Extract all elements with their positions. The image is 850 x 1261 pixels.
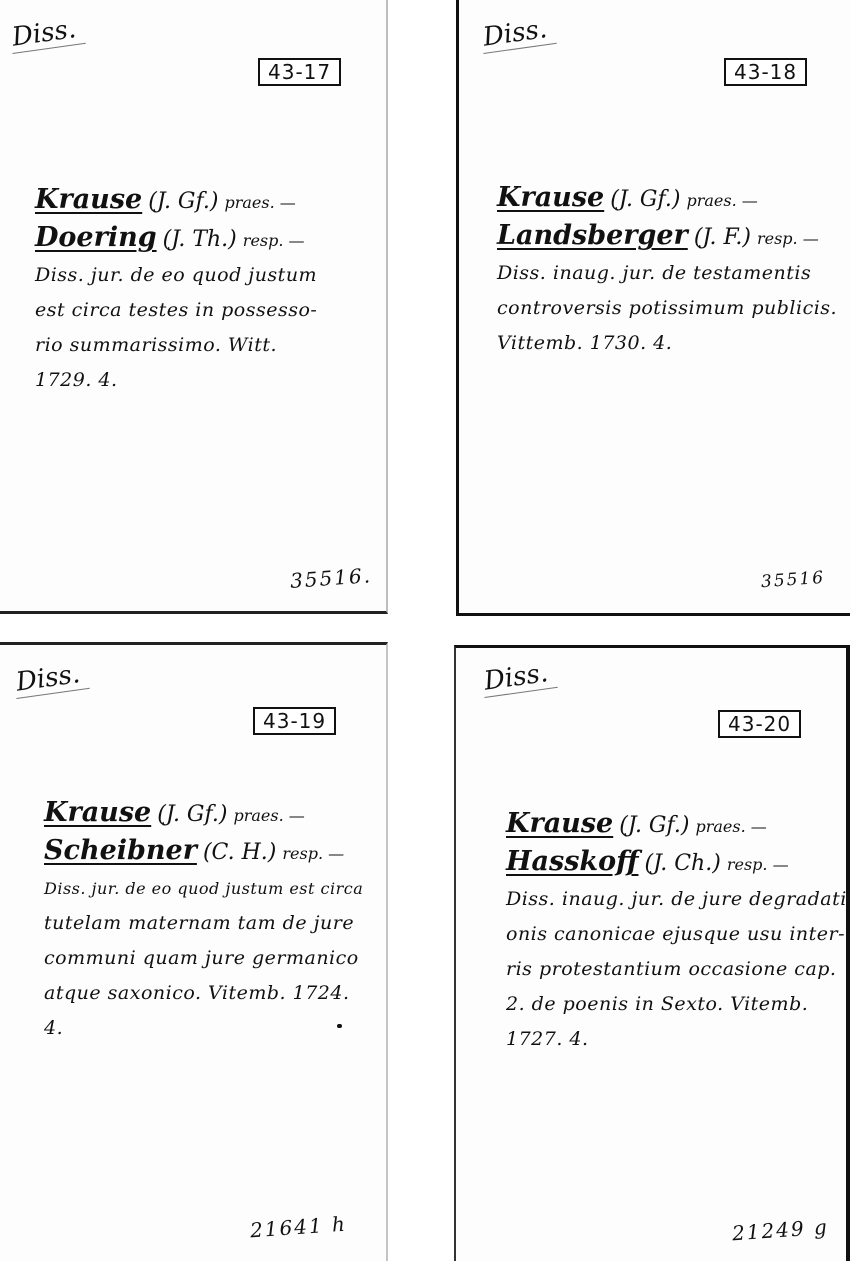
accession-number: 35516. <box>289 563 372 593</box>
description-line: Diss. inaug. jur. de jure degradati- <box>506 882 846 917</box>
praeses-role: praes. — <box>696 817 767 836</box>
respondent-line: Landsberger (J. F.) resp. — <box>497 218 837 256</box>
praeses-initials: (J. Gf.) <box>610 187 680 212</box>
catalog-entry: Krause (J. Gf.) praes. — Hasskoff (J. Ch… <box>506 806 846 1057</box>
praeses-name: Krause <box>506 808 613 839</box>
description-line: 1727. 4. <box>506 1022 846 1057</box>
catalog-card-3: Diss. 43-19 Krause (J. Gf.) praes. — Sch… <box>0 642 388 1261</box>
praeses-name: Krause <box>35 184 142 215</box>
catalog-card-4: Diss. 43-20 Krause (J. Gf.) praes. — Has… <box>454 645 850 1261</box>
description-line: onis canonicae ejusque usu inter- <box>506 917 846 952</box>
description-line: ris protestantium occasione cap. <box>506 952 846 987</box>
praeses-initials: (J. Gf.) <box>619 813 689 838</box>
diss-marker: Diss. <box>479 13 557 54</box>
praeses-name: Krause <box>44 797 151 828</box>
catalog-card-1: Diss. 43-17 Krause (J. Gf.) praes. — Doe… <box>0 0 388 614</box>
praeses-role: praes. — <box>687 191 758 210</box>
description-line: 1729. 4. <box>35 363 375 398</box>
respondent-line: Scheibner (C. H.) resp. — <box>44 833 384 871</box>
description-line: Diss. jur. de eo quod justum est circa <box>44 871 384 906</box>
respondent-name: Scheibner <box>44 835 197 866</box>
accession-number: 35516 <box>760 568 825 592</box>
description-line: 4. <box>44 1011 384 1046</box>
description-line: Vittemb. 1730. 4. <box>497 326 837 361</box>
praeses-line: Krause (J. Gf.) praes. — <box>506 806 846 844</box>
accession-number: 21249 g <box>731 1215 829 1246</box>
praeses-role: praes. — <box>225 193 296 212</box>
description-line: 2. de poenis in Sexto. Vitemb. <box>506 987 846 1022</box>
description-line: tutelam maternam tam de jure <box>44 906 384 941</box>
ink-spot <box>337 1024 342 1028</box>
diss-marker: Diss. <box>480 657 558 698</box>
description-line: communi quam jure germanico <box>44 941 384 976</box>
respondent-role: resp. — <box>727 855 789 874</box>
description-line: controversis potissimum publicis. <box>497 291 837 326</box>
description-line: atque saxonico. Vitemb. 1724. <box>44 976 384 1011</box>
diss-marker: Diss. <box>8 13 86 54</box>
praeses-initials: (J. Gf.) <box>157 802 227 827</box>
respondent-initials: (J. Ch.) <box>645 851 721 876</box>
respondent-role: resp. — <box>243 231 305 250</box>
respondent-role: resp. — <box>282 844 344 863</box>
praeses-line: Krause (J. Gf.) praes. — <box>44 795 384 833</box>
respondent-name: Doering <box>35 222 157 253</box>
shelfmark-label: 43-20 <box>718 710 801 738</box>
catalog-entry: Krause (J. Gf.) praes. — Doering (J. Th.… <box>35 182 375 398</box>
respondent-initials: (J. F.) <box>694 225 751 250</box>
shelfmark-label: 43-17 <box>258 58 341 86</box>
diss-marker: Diss. <box>12 658 90 699</box>
praeses-initials: (J. Gf.) <box>148 189 218 214</box>
shelfmark-label: 43-18 <box>724 58 807 86</box>
catalog-entry: Krause (J. Gf.) praes. — Scheibner (C. H… <box>44 795 384 1046</box>
respondent-name: Landsberger <box>497 220 688 251</box>
shelfmark-label: 43-19 <box>253 707 336 735</box>
respondent-initials: (J. Th.) <box>163 227 237 252</box>
respondent-line: Doering (J. Th.) resp. — <box>35 220 375 258</box>
description-line: rio summarissimo. Witt. <box>35 328 375 363</box>
accession-number: 21641 h <box>249 1212 347 1243</box>
catalog-entry: Krause (J. Gf.) praes. — Landsberger (J.… <box>497 180 837 361</box>
catalog-card-2: Diss. 43-18 Krause (J. Gf.) praes. — Lan… <box>456 0 850 616</box>
praeses-line: Krause (J. Gf.) praes. — <box>35 182 375 220</box>
respondent-initials: (C. H.) <box>203 840 276 865</box>
description-line: Diss. inaug. jur. de testamentis <box>497 256 837 291</box>
respondent-role: resp. — <box>757 229 819 248</box>
respondent-line: Hasskoff (J. Ch.) resp. — <box>506 844 846 882</box>
praeses-name: Krause <box>497 182 604 213</box>
description-line: Diss. jur. de eo quod justum <box>35 258 375 293</box>
praeses-line: Krause (J. Gf.) praes. — <box>497 180 837 218</box>
praeses-role: praes. — <box>234 806 305 825</box>
description-line: est circa testes in possesso- <box>35 293 375 328</box>
respondent-name: Hasskoff <box>506 846 638 877</box>
